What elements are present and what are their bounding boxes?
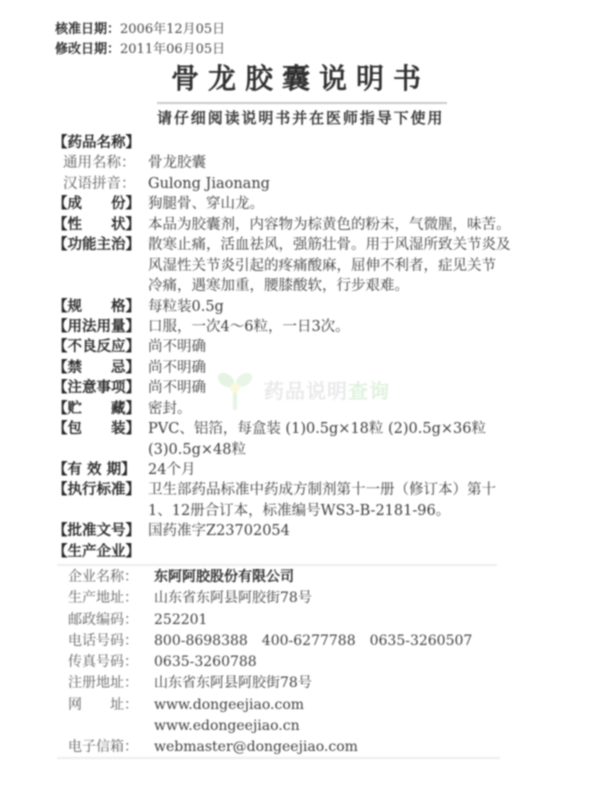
value-specification: 每粒装0.5g	[148, 297, 224, 317]
value-package-line-2: (3)0.5g×48粒	[148, 440, 246, 460]
row-indications: 【功能主治】 散寒止痛，活血祛风，强筋壮骨。用于风湿所致关节炎及	[53, 235, 511, 255]
value-indications-line-3: 冷痛，遇寒加重，腰膝酸软，行步艰难。	[148, 276, 409, 296]
approval-date: 核准日期：2006年12月05日	[55, 20, 225, 40]
label-registered-address: 注册地址：	[68, 673, 154, 694]
revision-date-label: 修改日期：	[55, 42, 120, 57]
document-dates: 核准日期：2006年12月05日 修改日期：2011年06月05日	[55, 20, 225, 59]
divider-bottom	[57, 757, 500, 759]
value-precautions: 尚不明确	[148, 378, 206, 398]
label-approval-number: 【批准文号】	[53, 521, 148, 541]
approval-date-label: 核准日期：	[55, 22, 120, 37]
row-generic-name: 通用名称： 骨龙胶囊	[53, 153, 511, 173]
value-description: 本品为胶囊剂，内容物为棕黄色的粉末，气微腥，味苦。	[148, 215, 511, 235]
label-company-name: 企业名称：	[68, 567, 154, 588]
divider-top	[57, 564, 497, 566]
value-fax: 0635-3260788	[154, 652, 257, 673]
value-postal-code: 252201	[154, 610, 207, 631]
value-website-2: www.edongeejiao.cn	[154, 716, 300, 737]
label-storage: 【贮 藏】	[53, 399, 148, 419]
label-spacer	[53, 256, 148, 276]
value-contraindications: 尚不明确	[148, 358, 206, 378]
row-specification: 【规 格】 每粒装0.5g	[53, 297, 511, 317]
row-drug-name: 【药品名称】	[53, 133, 511, 153]
page-subtitle: 请仔细阅读说明书并在医师指导下使用	[157, 109, 444, 127]
value-adverse-reactions: 尚不明确	[148, 337, 206, 357]
row-website-cont: www.edongeejiao.cn	[68, 716, 472, 737]
row-dosage: 【用法用量】 口服，一次4～6粒，一日3次。	[53, 317, 511, 337]
value-registered-address: 山东省东阿县阿胶街78号	[154, 673, 312, 694]
label-generic-name: 通用名称：	[53, 153, 148, 173]
row-adverse-reactions: 【不良反应】 尚不明确	[53, 337, 511, 357]
label-production-address: 生产地址：	[68, 588, 154, 609]
label-phone: 电话号码：	[68, 631, 154, 652]
row-standard: 【执行标准】 卫生部药品标准中药成方制剂第十一册（修订本）第十	[53, 480, 511, 500]
value-indications-line-2: 风湿性关节炎引起的疼痛酸麻，屈伸不利者，症见关节	[148, 256, 496, 276]
row-website: 网 址： www.dongeejiao.com	[68, 695, 472, 716]
label-indications: 【功能主治】	[53, 235, 148, 255]
manufacturer-info: 企业名称： 东阿阿胶股份有限公司 生产地址： 山东省东阿县阿胶街78号 邮政编码…	[68, 567, 472, 758]
label-specification: 【规 格】	[53, 297, 148, 317]
row-registered-address: 注册地址： 山东省东阿县阿胶街78号	[68, 673, 472, 694]
drug-info-section: 【药品名称】 通用名称： 骨龙胶囊 汉语拼音： Gulong Jiaonang …	[53, 133, 511, 562]
revision-date-value: 2011年06月05日	[120, 42, 225, 57]
label-precautions: 【注意事项】	[53, 378, 148, 398]
label-fax: 传真号码：	[68, 652, 154, 673]
revision-date: 修改日期：2011年06月05日	[55, 40, 225, 60]
row-email: 电子信箱： webmaster@dongeejiao.com	[68, 737, 472, 758]
row-fax: 传真号码： 0635-3260788	[68, 652, 472, 673]
row-package: 【包 装】 PVC、铝箔，每盒装 (1)0.5g×18粒 (2)0.5g×36粒	[53, 419, 511, 439]
row-package-cont: (3)0.5g×48粒	[53, 440, 511, 460]
label-email: 电子信箱：	[68, 737, 154, 758]
row-pinyin: 汉语拼音： Gulong Jiaonang	[53, 174, 511, 194]
value-company-name: 东阿阿胶股份有限公司	[154, 567, 294, 588]
label-spacer	[68, 716, 154, 737]
value-generic-name: 骨龙胶囊	[148, 153, 206, 173]
row-manufacturer: 【生产企业】	[53, 542, 511, 562]
row-phone: 电话号码： 800-8698388 400-6277788 0635-32605…	[68, 631, 472, 652]
drug-leaflet-page: 核准日期：2006年12月05日 修改日期：2011年06月05日 骨龙胶囊说明…	[0, 0, 611, 800]
row-indications-cont: 风湿性关节炎引起的疼痛酸麻，屈伸不利者，症见关节	[53, 256, 511, 276]
label-spacer	[53, 501, 148, 521]
value-package-line-1: PVC、铝箔，每盒装 (1)0.5g×18粒 (2)0.5g×36粒	[148, 419, 486, 439]
title-underline	[157, 102, 447, 104]
label-spacer	[53, 276, 148, 296]
row-company-name: 企业名称： 东阿阿胶股份有限公司	[68, 567, 472, 588]
label-postal-code: 邮政编码：	[68, 610, 154, 631]
row-indications-cont: 冷痛，遇寒加重，腰膝酸软，行步艰难。	[53, 276, 511, 296]
row-contraindications: 【禁 忌】 尚不明确	[53, 358, 511, 378]
label-manufacturer: 【生产企业】	[53, 542, 148, 562]
approval-date-value: 2006年12月05日	[120, 22, 225, 37]
row-storage: 【贮 藏】 密封。	[53, 399, 511, 419]
value-pinyin: Gulong Jiaonang	[148, 174, 270, 194]
value-validity: 24个月	[148, 460, 195, 480]
value-approval-number: 国药准字Z23702054	[148, 521, 290, 541]
row-standard-cont: 1、12册合订本，标准编号WS3-B-2181-96。	[53, 501, 511, 521]
row-precautions: 【注意事项】 尚不明确	[53, 378, 511, 398]
label-package: 【包 装】	[53, 419, 148, 439]
label-validity: 【有 效 期】	[53, 460, 148, 480]
label-ingredients: 【成 份】	[53, 194, 148, 214]
value-website-1: www.dongeejiao.com	[154, 695, 304, 716]
value-email: webmaster@dongeejiao.com	[154, 737, 358, 758]
label-drug-name: 【药品名称】	[53, 133, 148, 153]
row-ingredients: 【成 份】 狗腿骨、穿山龙。	[53, 194, 511, 214]
label-contraindications: 【禁 忌】	[53, 358, 148, 378]
label-dosage: 【用法用量】	[53, 317, 148, 337]
row-postal-code: 邮政编码： 252201	[68, 610, 472, 631]
value-dosage: 口服，一次4～6粒，一日3次。	[148, 317, 350, 337]
value-standard-line-1: 卫生部药品标准中药成方制剂第十一册（修订本）第十	[148, 480, 496, 500]
label-adverse-reactions: 【不良反应】	[53, 337, 148, 357]
value-phone: 800-8698388 400-6277788 0635-3260507	[154, 631, 472, 652]
row-production-address: 生产地址： 山东省东阿县阿胶街78号	[68, 588, 472, 609]
value-indications-line-1: 散寒止痛，活血祛风，强筋壮骨。用于风湿所致关节炎及	[148, 235, 511, 255]
page-title: 骨龙胶囊说明书	[171, 62, 430, 96]
row-approval-number: 【批准文号】 国药准字Z23702054	[53, 521, 511, 541]
label-spacer	[53, 440, 148, 460]
label-standard: 【执行标准】	[53, 480, 148, 500]
value-ingredients: 狗腿骨、穿山龙。	[148, 194, 264, 214]
row-validity: 【有 效 期】 24个月	[53, 460, 511, 480]
value-standard-line-2: 1、12册合订本，标准编号WS3-B-2181-96。	[148, 501, 450, 521]
label-website: 网 址：	[68, 695, 154, 716]
label-pinyin: 汉语拼音：	[53, 174, 148, 194]
value-production-address: 山东省东阿县阿胶街78号	[154, 588, 312, 609]
value-storage: 密封。	[148, 399, 192, 419]
label-description: 【性 状】	[53, 215, 148, 235]
row-description: 【性 状】 本品为胶囊剂，内容物为棕黄色的粉末，气微腥，味苦。	[53, 215, 511, 235]
